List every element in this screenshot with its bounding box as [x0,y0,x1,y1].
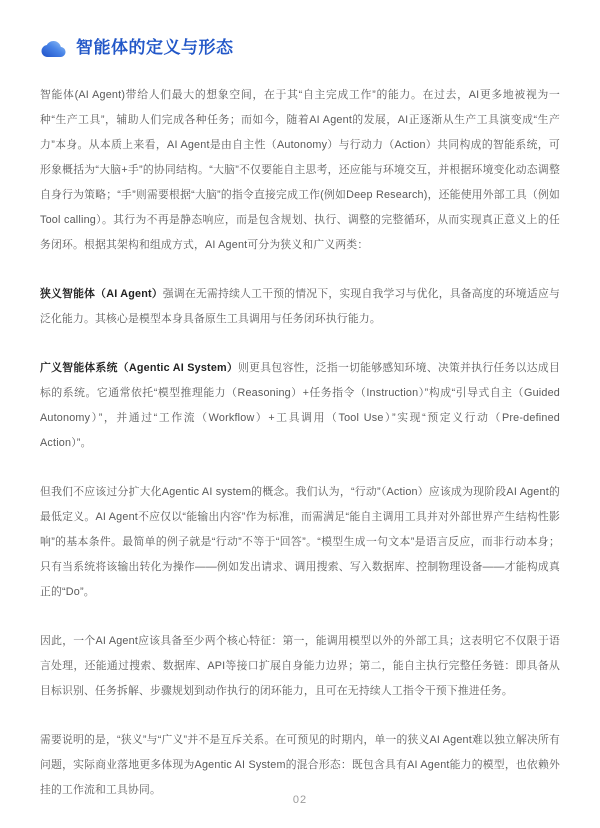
paragraph-text: 但我们不应该过分扩大化Agentic AI system的概念。我们认为，“行动… [40,486,560,598]
section-header: 智能体的定义与形态 [40,38,560,58]
paragraph-lead: 广义智能体系统（Agentic AI System） [40,362,238,374]
paragraph-hybrid-note: 需要说明的是，“狭义”与“广义”并不是互斥关系。在可预见的时期内，单一的狭义AI… [40,728,560,803]
paragraph-text: 则更具包容性，泛指一切能够感知环境、决策并执行任务以达成目标的系统。它通常依托“… [40,362,560,449]
document-page: 智能体的定义与形态 智能体(AI Agent)带给人们最大的想象空间，在于其“自… [0,0,600,828]
paragraph-text: 因此，一个AI Agent应该具备至少两个核心特征：第一，能调用模型以外的外部工… [40,635,560,697]
paragraph-core-features: 因此，一个AI Agent应该具备至少两个核心特征：第一，能调用模型以外的外部工… [40,629,560,704]
paragraph-action-definition: 但我们不应该过分扩大化Agentic AI system的概念。我们认为，“行动… [40,480,560,605]
page-number: 02 [0,794,600,806]
paragraph-agentic-system: 广义智能体系统（Agentic AI System）则更具包容性，泛指一切能够感… [40,356,560,456]
paragraph-narrow-agent: 狭义智能体（AI Agent）强调在无需持续人工干预的情况下，实现自我学习与优化… [40,282,560,332]
paragraph-intro: 智能体(AI Agent)带给人们最大的想象空间，在于其“自主完成工作”的能力。… [40,83,560,258]
cloud-logo-icon [40,39,67,58]
paragraph-lead: 狭义智能体（AI Agent） [40,288,163,300]
page-title: 智能体的定义与形态 [76,38,234,58]
paragraph-text: 需要说明的是，“狭义”与“广义”并不是互斥关系。在可预见的时期内，单一的狭义AI… [40,734,560,796]
paragraph-text: 智能体(AI Agent)带给人们最大的想象空间，在于其“自主完成工作”的能力。… [40,89,560,251]
